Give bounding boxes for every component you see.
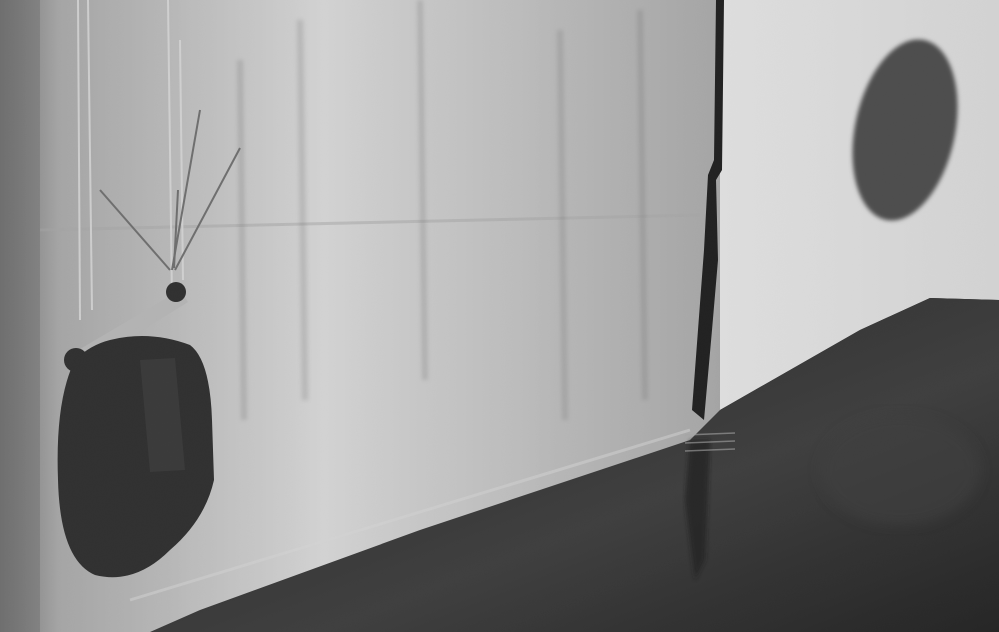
photo-scene	[0, 0, 999, 632]
photograph: Concrete wall corner with hanging iron w…	[0, 0, 999, 632]
